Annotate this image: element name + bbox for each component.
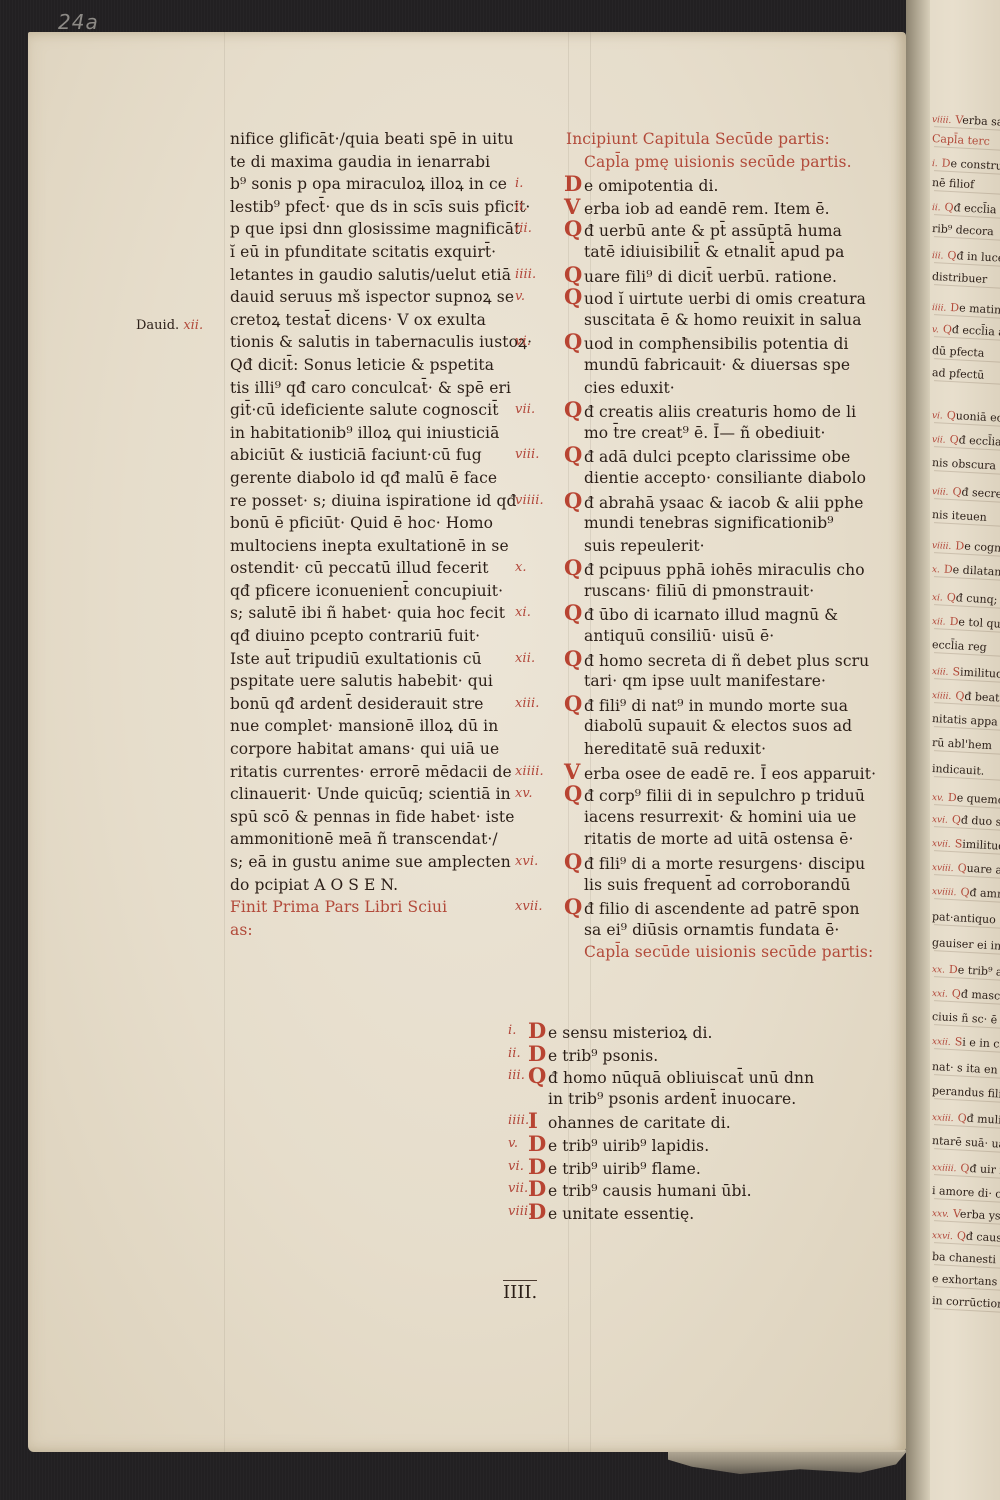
chapter-entry-line: lis suis frequent̄ ad corroborandū bbox=[584, 874, 894, 897]
adjacent-numeral: v. bbox=[932, 325, 939, 335]
list-text: e sensu misterioꝝ di. bbox=[548, 1024, 713, 1042]
list-item: vi.De trib⁹ uirib⁹ flame. bbox=[508, 1156, 888, 1179]
adjacent-numeral: x. bbox=[932, 565, 940, 575]
text-line: ĭ eū in pfunditate scitatis exquirt̄· bbox=[230, 241, 530, 264]
adjacent-numeral: vi. bbox=[932, 411, 943, 422]
rubricated-initial: Q bbox=[564, 648, 582, 671]
adjacent-text: e tol qui bbox=[958, 615, 1000, 630]
list-numeral: i. bbox=[508, 1020, 517, 1043]
adjacent-text: imilitudo bbox=[960, 665, 1000, 681]
margin-note-numeral: xii. bbox=[183, 318, 203, 333]
text-line: tis illi⁹ qđ caro conculcat̄· & spē eri bbox=[230, 377, 530, 400]
chapter-entry-line: Quod ĭ uirtute uerbi di omis creatura bbox=[584, 286, 894, 309]
line-text: ammonitionē meā ñ transcendat·/ bbox=[230, 830, 498, 848]
line-text: s; eā in gustu anime sue amplecten bbox=[230, 853, 511, 871]
list-text: in trib⁹ psonis ardent̄ inuocare. bbox=[548, 1090, 796, 1108]
chapter-entry-line: Qđ creatis aliis creaturis homo de li bbox=[584, 399, 894, 422]
line-text: p que ipsi dnn glosissime magnificāt bbox=[230, 220, 520, 238]
text-line: do pcipiat A O S E N. bbox=[230, 874, 530, 897]
line-text: cretoꝝ testat̄ dicens· V ox exulta bbox=[230, 311, 486, 329]
rubricated-initial: Q bbox=[564, 218, 582, 241]
adjacent-numeral: xxvi. bbox=[932, 1231, 953, 1242]
line-text: lestib⁹ pfect̄· que ds in scīs suis pfic… bbox=[230, 198, 530, 216]
text-line: nue complet· mansionē illoꝝ dū in bbox=[230, 715, 530, 738]
line-text: nue complet· mansionē illoꝝ dū in bbox=[230, 717, 498, 735]
text-line: ostendit· cū peccatū illud feceritx. bbox=[230, 557, 530, 580]
text-line: Iste aut̄ tripudiū exultationis cūxii. bbox=[230, 648, 530, 671]
adjacent-text: e cognita bbox=[964, 540, 1000, 556]
line-text: Iste aut̄ tripudiū exultationis cū bbox=[230, 650, 482, 668]
entry-text: diabolū supauit & electos suos ad bbox=[584, 717, 852, 735]
line-text: ritatis currentes· errorē mēdacii de bbox=[230, 763, 512, 781]
chapter-entry-line: cies eduxit· bbox=[584, 377, 894, 400]
adjacent-numeral: xx. bbox=[932, 965, 946, 976]
adjacent-numeral: iii. bbox=[932, 251, 944, 262]
rubricated-initial: D bbox=[528, 1133, 546, 1156]
adjacent-numeral: vii. bbox=[932, 435, 946, 446]
ruling-line bbox=[224, 32, 225, 1452]
list-item: iii.Qđ homo nūquā obliuiscat̄ unū dnn bbox=[508, 1065, 888, 1088]
explicit-line: as: bbox=[230, 919, 530, 942]
chapter-entry-line: Qđ uerbū ante & pt̄ assūptā huma bbox=[584, 218, 894, 241]
entry-text: đ abrahā ysaac & iacob & alii pphe bbox=[584, 494, 864, 512]
rubricated-initial: Q bbox=[564, 602, 582, 625]
adjacent-text: e matina bbox=[959, 301, 1000, 317]
chapter-entry-line: suis repeulerit· bbox=[584, 535, 894, 558]
explicit-text: Finit Prima Pars Libri Sciui bbox=[230, 898, 447, 916]
line-text: re posset· s; diuina ispiratione id qđ bbox=[230, 492, 517, 510]
entry-text: mundū fabricauit· & diuersas spe bbox=[584, 356, 850, 374]
rubricated-initial: Q bbox=[564, 490, 582, 513]
margin-note-text: Dauid. bbox=[136, 318, 179, 333]
line-text: git̄·cū ideficiente salute cognoscit̄ bbox=[230, 401, 499, 419]
chapter-numeral: ii. bbox=[515, 196, 528, 219]
adjacent-text: dū pfecta bbox=[932, 344, 985, 360]
chapter-entry-line: Quare fili⁹ di dicit̄ uerbū. ratione. bbox=[584, 264, 894, 287]
entry-text: uare fili⁹ di dicit̄ uerbū. ratione. bbox=[584, 268, 837, 286]
chapter-entry-line: mundū fabricauit· & diuersas spe bbox=[584, 354, 894, 377]
adjacent-numeral: viiii. bbox=[932, 115, 952, 126]
rubricated-initial: Q bbox=[564, 896, 582, 919]
chapter-entry-line: Qđ filio di ascendente ad patrē spon bbox=[584, 896, 894, 919]
chapter-numeral: xvi. bbox=[515, 851, 538, 874]
line-text: qđ diuino pcepto contrariū fuit· bbox=[230, 627, 480, 645]
entry-text: hereditatē suā reduxit· bbox=[584, 740, 766, 758]
text-line: bonū ē pficiūt· Quid ē hoc· Homo bbox=[230, 512, 530, 535]
adjacent-numeral: xviii. bbox=[932, 863, 954, 874]
list-text: e unitate essentię. bbox=[548, 1205, 694, 1223]
line-text: do pcipiat A O S E N. bbox=[230, 876, 398, 894]
rubricated-initial: Q bbox=[564, 444, 582, 467]
rubricated-initial: Q bbox=[564, 783, 582, 806]
chapter-entry-line: De omipotentia di. bbox=[584, 173, 894, 196]
adjacent-page-recto: viiii.Verba salomCapl̄a terci.De constru… bbox=[906, 0, 1000, 1500]
line-text: bonū ē pficiūt· Quid ē hoc· Homo bbox=[230, 514, 493, 532]
chapter-entry-line: diabolū supauit & electos suos ad bbox=[584, 715, 894, 738]
entry-text: đ filio di ascendente ad patrē spon bbox=[584, 900, 860, 918]
chapter-entry-line: Quod in compħensibilis potentia di bbox=[584, 331, 894, 354]
adjacent-numeral: xxv. bbox=[932, 1209, 950, 1220]
text-line: letantes in gaudio salutis/uelut etiāiii… bbox=[230, 264, 530, 287]
entry-text: ritatis de morte ad uitā ostensa ē· bbox=[584, 830, 854, 848]
entry-text: sa ei⁹ diūsis ornamtis fundata ē· bbox=[584, 921, 839, 939]
chapter-heading: Incipiunt Capitula Secūde partis: bbox=[566, 128, 894, 151]
chapter-entry-line: Qđ adā dulci pcepto clarissime obe bbox=[584, 444, 894, 467]
entry-text: đ fili⁹ di nat⁹ in mundo morte sua bbox=[584, 697, 848, 715]
entry-text: erba iob ad eandē rem. Item ē. bbox=[584, 200, 830, 218]
text-line: s; salutē ibi ñ habet· quia hoc fecitxi. bbox=[230, 602, 530, 625]
list-text: e trib⁹ causis humani ūbi. bbox=[548, 1182, 752, 1200]
line-text: spū scō & pennas in fide habet· iste bbox=[230, 808, 514, 826]
entry-text: antiquū consiliū· uisū ē· bbox=[584, 627, 774, 645]
adjacent-text: e dilatan bbox=[952, 563, 1000, 579]
chapter-entry-line: Verba iob ad eandē rem. Item ē. bbox=[584, 196, 894, 219]
chapter-entry-line: mundi tenebras significationib⁹ bbox=[584, 512, 894, 535]
line-text: corpore habitat amans· qui uiā ue bbox=[230, 740, 499, 758]
explicit-line: Finit Prima Pars Libri Sciuixvii. bbox=[230, 896, 530, 919]
text-line: ammonitionē meā ñ transcendat·/ bbox=[230, 828, 530, 851]
adjacent-page-line: eccl̄ia reg bbox=[932, 638, 987, 654]
adjacent-page-line: indicauit. bbox=[932, 762, 985, 778]
entry-text: mundi tenebras significationib⁹ bbox=[584, 514, 834, 532]
text-line: qđ pficere iconuenient̄ concupiuit· bbox=[230, 580, 530, 603]
line-text: gerente diabolo id qđ malū ē face bbox=[230, 469, 497, 487]
chapter-numeral: viiii. bbox=[515, 490, 544, 513]
text-line: tionis & salutis in tabernaculis iustoꝝ·… bbox=[230, 331, 530, 354]
adjacent-numeral: xii. bbox=[932, 617, 946, 628]
chapter-entry-line: sa ei⁹ diūsis ornamtis fundata ē· bbox=[584, 919, 894, 942]
line-text: abiciūt & iusticiā faciunt·cū fug bbox=[230, 446, 482, 464]
chapter-entry-line: suscitata ē & homo reuixit in salua bbox=[584, 309, 894, 332]
list-item: i.De sensu misterioꝝ di. bbox=[508, 1020, 888, 1043]
entry-text: tatē idiuisibilit̄ & etnalit̄ apud pa bbox=[584, 243, 845, 261]
line-text: in habitationib⁹ illoꝝ qui iniusticiā bbox=[230, 424, 499, 442]
text-line: spū scō & pennas in fide habet· iste bbox=[230, 806, 530, 829]
ruling-line bbox=[568, 32, 569, 1452]
text-line: cretoꝝ testat̄ dicens· V ox exulta bbox=[230, 309, 530, 332]
list-text: đ homo nūquā obliuiscat̄ unū dnn bbox=[548, 1069, 814, 1087]
chapter-entry-line: dientie accepto· consiliante diabolo bbox=[584, 467, 894, 490]
rubricated-initial: I bbox=[528, 1110, 546, 1133]
text-line: multociens inepta exultationē in se bbox=[230, 535, 530, 558]
entry-text: đ uerbū ante & pt̄ assūptā huma bbox=[584, 222, 842, 240]
line-text: s; salutē ibi ñ habet· quia hoc fecit bbox=[230, 604, 505, 622]
text-line: git̄·cū ideficiente salute cognoscit̄vii… bbox=[230, 399, 530, 422]
text-line: p que ipsi dnn glosissime magnificātiii. bbox=[230, 218, 530, 241]
chapter-numeral: viii. bbox=[515, 444, 539, 467]
adjacent-text: indicauit. bbox=[932, 762, 985, 778]
line-text: nifice glificāt·/quia beati spē in uitu bbox=[230, 130, 514, 148]
text-line: qđ diuino pcepto contrariū fuit· bbox=[230, 625, 530, 648]
entry-text: đ homo secreta di ñ debet plus scru bbox=[584, 652, 869, 670]
chapter-numeral: x. bbox=[515, 557, 527, 580]
rubricated-initial: Q bbox=[564, 331, 582, 354]
text-line: nifice glificāt·/quia beati spē in uitu bbox=[230, 128, 530, 151]
chapter-entry-line: ruscans· filiū di pmonstrauit· bbox=[584, 580, 894, 603]
adjacent-numeral: xxiii. bbox=[932, 1113, 954, 1124]
list-text: e trib⁹ uirib⁹ lapidis. bbox=[548, 1137, 709, 1155]
chapter-entry-line: Qđ fili⁹ di a morte resurgens· discipu bbox=[584, 851, 894, 874]
entry-text: lis suis frequent̄ ad corroborandū bbox=[584, 876, 850, 894]
chapter-entry-line: hereditatē suā reduxit· bbox=[584, 738, 894, 761]
entry-text: cies eduxit· bbox=[584, 379, 675, 397]
list-numeral: iii. bbox=[508, 1065, 525, 1088]
list-item: ii.De trib⁹ psonis. bbox=[508, 1043, 888, 1066]
chapter-numeral: xi. bbox=[515, 602, 531, 625]
rubricated-initial: Q bbox=[564, 557, 582, 580]
text-line: b⁹ sonis p opa miraculoꝝ illoꝝ in cei. bbox=[230, 173, 530, 196]
second-chapter-heading: Capl̄a secūde uisionis secūde partis: bbox=[584, 941, 894, 964]
chapter-entry-line: Qđ homo secreta di ñ debet plus scru bbox=[584, 648, 894, 671]
list-item: iiii.Iohannes de caritate di. bbox=[508, 1110, 888, 1133]
entry-text: erba osee de eadē re. Ī eos apparuit· bbox=[584, 765, 876, 783]
adjacent-numeral: xxi. bbox=[932, 989, 948, 1000]
line-text: tionis & salutis in tabernaculis iustoꝝ· bbox=[230, 333, 532, 351]
rubricated-initial: Q bbox=[564, 693, 582, 716]
rubricated-initial: D bbox=[528, 1020, 546, 1043]
text-line: in habitationib⁹ illoꝝ qui iniusticiā bbox=[230, 422, 530, 445]
chapter-numeral: v. bbox=[515, 286, 525, 309]
entry-text: suscitata ē & homo reuixit in salua bbox=[584, 311, 862, 329]
rubricated-initial: Q bbox=[528, 1065, 546, 1088]
text-line: Qđ dicit̄: Sonus leticie & pspetita bbox=[230, 354, 530, 377]
adjacent-numeral: xiiii. bbox=[932, 691, 952, 702]
chapter-numeral: xvii. bbox=[515, 896, 543, 919]
entry-text: đ creatis aliis creaturis homo de li bbox=[584, 403, 856, 421]
rubricated-initial: Q bbox=[564, 286, 582, 309]
entry-text: suis repeulerit· bbox=[584, 537, 705, 555]
chapter-numeral: vi. bbox=[515, 331, 531, 354]
adjacent-numeral: viii. bbox=[932, 487, 949, 498]
explicit-text: as: bbox=[230, 921, 253, 939]
chapter-entry-line: iacens resurrexit· & homini uia ue bbox=[584, 806, 894, 829]
chapter-entry-line: Qđ fili⁹ di nat⁹ in mundo morte sua bbox=[584, 693, 894, 716]
list-item: in trib⁹ psonis ardent̄ inuocare. bbox=[508, 1088, 888, 1111]
rubricated-initial: D bbox=[528, 1156, 546, 1179]
chapter-entry-line: Qđ pcipuus pphā iohēs miraculis cho bbox=[584, 557, 894, 580]
text-line: corpore habitat amans· qui uiā ue bbox=[230, 738, 530, 761]
margin-note: Dauid. xii. bbox=[136, 318, 203, 333]
line-text: bonū qđ ardent̄ desiderauit stre bbox=[230, 695, 484, 713]
text-line: bonū qđ ardent̄ desiderauit strexiii. bbox=[230, 693, 530, 716]
text-line: pspitate uere salutis habebit· qui bbox=[230, 670, 530, 693]
line-text: clinauerit· Unde quicūq; scientiā in bbox=[230, 785, 511, 803]
adjacent-numeral: xxiiii. bbox=[932, 1163, 957, 1174]
chapter-entry-line: Qđ corp⁹ filii di in sepulchro p triduū bbox=[584, 783, 894, 806]
line-text: Qđ dicit̄: Sonus leticie & pspetita bbox=[230, 356, 494, 374]
entry-text: e omipotentia di. bbox=[584, 177, 719, 195]
list-numeral: ii. bbox=[508, 1043, 521, 1066]
line-text: multociens inepta exultationē in se bbox=[230, 537, 509, 555]
rubricated-initial: V bbox=[564, 761, 582, 784]
adjacent-text: đ secreta bbox=[961, 486, 1000, 502]
line-text: letantes in gaudio salutis/uelut etiā bbox=[230, 266, 511, 284]
adjacent-numeral: xxii. bbox=[932, 1037, 951, 1048]
chapter-numeral: xiiii. bbox=[515, 761, 544, 784]
line-text: ĭ eū in pfunditate scitatis exquirt̄· bbox=[230, 243, 496, 261]
chapter-numeral: xii. bbox=[515, 648, 535, 671]
right-text-column: Incipiunt Capitula Secūde partis:Capl̄a … bbox=[584, 128, 894, 964]
rubricated-initial: Q bbox=[564, 264, 582, 287]
adjacent-numeral: xi. bbox=[932, 593, 943, 604]
chapter-entry-line: antiquū consiliū· uisū ē· bbox=[584, 625, 894, 648]
adjacent-page-line: nē filiof bbox=[932, 176, 975, 191]
chapter-entry-line: ritatis de morte ad uitā ostensa ē· bbox=[584, 828, 894, 851]
list-numeral: vi. bbox=[508, 1156, 524, 1179]
chapter-numeral: xv. bbox=[515, 783, 533, 806]
quire-signature: IIII. bbox=[503, 1280, 537, 1303]
text-line: dauid seruus mš ispector supnoꝝ sev. bbox=[230, 286, 530, 309]
left-text-column: nifice glificāt·/quia beati spē in uitut… bbox=[230, 128, 530, 941]
line-text: pspitate uere salutis habebit· qui bbox=[230, 672, 493, 690]
text-line: ritatis currentes· errorē mēdacii dexiii… bbox=[230, 761, 530, 784]
entry-text: đ fili⁹ di a morte resurgens· discipu bbox=[584, 855, 865, 873]
chapter-numeral: iiii. bbox=[515, 264, 536, 287]
adjacent-numeral: iiii. bbox=[932, 303, 947, 314]
text-line: re posset· s; diuina ispiratione id qđvi… bbox=[230, 490, 530, 513]
rubricated-initial: Q bbox=[564, 851, 582, 874]
list-text: ohannes de caritate di. bbox=[548, 1114, 731, 1132]
list-numeral: vii. bbox=[508, 1178, 528, 1201]
chapter-entry-line: mo t̄re creat⁹ ē. Ī— ñ obediuit· bbox=[584, 422, 894, 445]
adjacent-numeral: xv. bbox=[932, 793, 944, 804]
list-item: viii.De unitate essentię. bbox=[508, 1201, 888, 1224]
text-line: clinauerit· Unde quicūq; scientiā inxv. bbox=[230, 783, 530, 806]
entry-text: tari· qm ipse uult manifestare· bbox=[584, 672, 826, 690]
chapter-numeral: iii. bbox=[515, 218, 532, 241]
entry-text: iacens resurrexit· & homini uia ue bbox=[584, 808, 856, 826]
entry-text: đ adā dulci pcepto clarissime obe bbox=[584, 448, 850, 466]
rubricated-initial: D bbox=[528, 1043, 546, 1066]
entry-text: mo t̄re creat⁹ ē. Ī— ñ obediuit· bbox=[584, 424, 826, 442]
list-numeral: viii. bbox=[508, 1201, 532, 1224]
adjacent-text: đ cunq; bbox=[955, 591, 997, 606]
rubricated-initial: V bbox=[564, 196, 582, 219]
line-text: dauid seruus mš ispector supnoꝝ se bbox=[230, 288, 514, 306]
list-text: e trib⁹ psonis. bbox=[548, 1047, 658, 1065]
chapter-subheading: Capl̄a pmę uisionis secūde partis. bbox=[584, 151, 894, 174]
entry-text: dientie accepto· consiliante diabolo bbox=[584, 469, 866, 487]
line-text: qđ pficere iconuenient̄ concupiuit· bbox=[230, 582, 503, 600]
adjacent-text: nē filiof bbox=[932, 176, 975, 191]
adjacent-numeral: xviiii. bbox=[932, 887, 957, 898]
folio-number: 24a bbox=[58, 10, 99, 34]
chapter-entry-line: Verba osee de eadē re. Ī eos apparuit· bbox=[584, 761, 894, 784]
chapter-entry-line: tari· qm ipse uult manifestare· bbox=[584, 670, 894, 693]
text-line: gerente diabolo id qđ malū ē face bbox=[230, 467, 530, 490]
adjacent-numeral: xvii. bbox=[932, 839, 951, 850]
adjacent-numeral: xiii. bbox=[932, 667, 949, 678]
chapter-entry-line: Qđ abrahā ysaac & iacob & alii pphe bbox=[584, 490, 894, 513]
adjacent-text: ad pfectū bbox=[932, 366, 985, 382]
entry-text: ruscans· filiū di pmonstrauit· bbox=[584, 582, 814, 600]
line-text: te di maxima gaudia in ienarrabi bbox=[230, 153, 490, 171]
list-text: e trib⁹ uirib⁹ flame. bbox=[548, 1160, 701, 1178]
adjacent-text: eccl̄ia reg bbox=[932, 638, 987, 654]
adjacent-numeral: ii. bbox=[932, 203, 941, 213]
line-text: b⁹ sonis p opa miraculoꝝ illoꝝ in ce bbox=[230, 175, 507, 193]
text-line: te di maxima gaudia in ienarrabi bbox=[230, 151, 530, 174]
adjacent-page-line: ad pfectū bbox=[932, 366, 985, 382]
adjacent-numeral: i. bbox=[932, 159, 938, 169]
list-item: vii.De trib⁹ causis humani ūbi. bbox=[508, 1178, 888, 1201]
rubricated-initial: Q bbox=[564, 399, 582, 422]
chapter-numeral: vii. bbox=[515, 399, 535, 422]
line-text: ostendit· cū peccatū illud fecerit bbox=[230, 559, 489, 577]
list-numeral: iiii. bbox=[508, 1110, 529, 1133]
entry-text: đ corp⁹ filii di in sepulchro p triduū bbox=[584, 787, 865, 805]
chapter-entry-line: Qđ ūbo di icarnato illud magnū & bbox=[584, 602, 894, 625]
text-line: abiciūt & iusticiā faciunt·cū fugviii. bbox=[230, 444, 530, 467]
adjacent-numeral: xvi. bbox=[932, 815, 948, 826]
list-numeral: v. bbox=[508, 1133, 518, 1156]
entry-text: uod ĭ uirtute uerbi di omis creatura bbox=[584, 290, 866, 308]
chapter-numeral: xiii. bbox=[515, 693, 539, 716]
chapter-entry-line: tatē idiuisibilit̄ & etnalit̄ apud pa bbox=[584, 241, 894, 264]
text-line: lestib⁹ pfect̄· que ds in scīs suis pfic… bbox=[230, 196, 530, 219]
rubricated-initial: D bbox=[528, 1178, 546, 1201]
rubricated-initial: D bbox=[564, 173, 582, 196]
entry-text: đ ūbo di icarnato illud magnū & bbox=[584, 606, 838, 624]
page-gutter bbox=[906, 0, 930, 1500]
second-chapter-list: i.De sensu misterioꝝ di.ii.De trib⁹ pson… bbox=[508, 1020, 888, 1223]
line-text: tis illi⁹ qđ caro conculcat̄· & spē eri bbox=[230, 379, 511, 397]
list-item: v.De trib⁹ uirib⁹ lapidis. bbox=[508, 1133, 888, 1156]
adjacent-numeral: viiii. bbox=[932, 541, 952, 552]
chapter-numeral: i. bbox=[515, 173, 524, 196]
entry-text: uod in compħensibilis potentia di bbox=[584, 335, 849, 353]
adjacent-page-line: dū pfecta bbox=[932, 344, 985, 360]
text-line: s; eā in gustu anime sue amplectenxvi. bbox=[230, 851, 530, 874]
entry-text: đ pcipuus pphā iohēs miraculis cho bbox=[584, 561, 865, 579]
